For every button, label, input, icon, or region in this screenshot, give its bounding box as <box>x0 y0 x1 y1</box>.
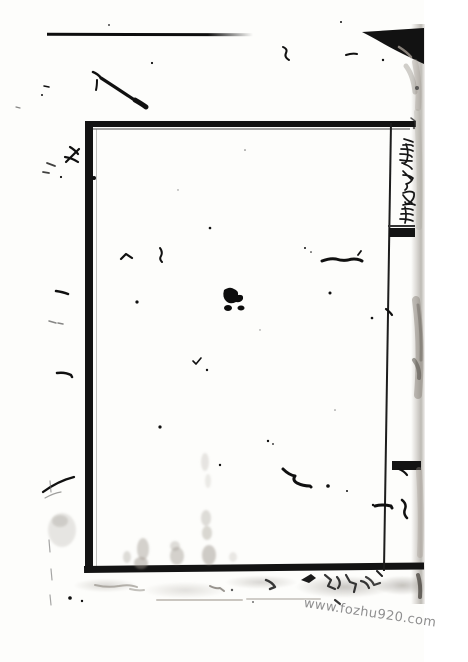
top-margin-ink-marks <box>41 21 384 107</box>
scanned-page: www.fozhu920.com <box>0 0 468 662</box>
bottom-grunge-marks <box>95 571 382 604</box>
left-margin-ink-marks <box>16 107 96 605</box>
ink-marks-overlay <box>0 0 468 662</box>
spine-title-calligraphy <box>400 139 415 223</box>
frame-interior-ink-marks <box>121 149 407 518</box>
bleed-through-text-shadows <box>123 453 237 569</box>
